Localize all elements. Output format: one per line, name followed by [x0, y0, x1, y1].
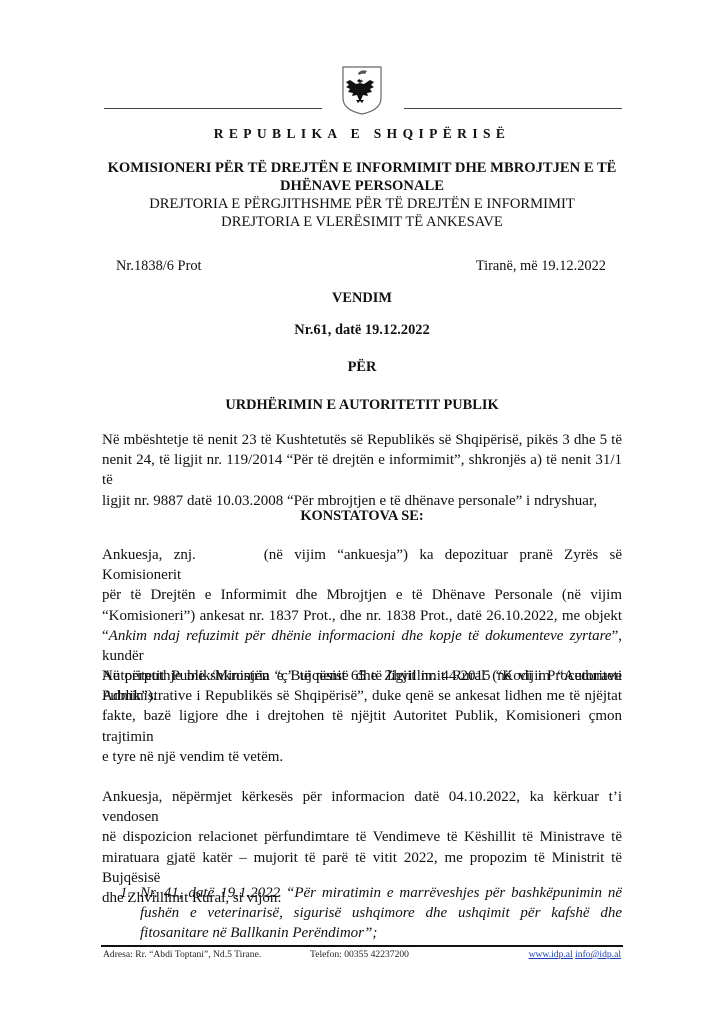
commissioner-heading: KOMISIONERI PËR TË DREJTËN E INFORMIMIT …: [0, 159, 724, 195]
directorate-heading: DREJTORIA E PËRGJITHSHME PËR TË DREJTËN …: [0, 195, 724, 231]
document-page: REPUBLIKA E SHQIPËRISË KOMISIONERI PËR T…: [0, 0, 724, 1024]
complaint-object: Ankim ndaj refuzimit për dhënie informac…: [109, 628, 612, 644]
decision-subject: URDHËRIMIN E AUTORITETIT PUBLIK: [0, 397, 724, 414]
decisions-list: 1. Nr. 41, datë 19.1.2022 “Për miratimin…: [120, 883, 622, 944]
text-line: në dispozicion relacionet përfundimtare …: [102, 827, 622, 847]
footer-address: Adresa: Rr. “Abdi Toptani”, Nd.5 Tirane.: [103, 949, 261, 960]
header-rule-right: [404, 108, 622, 109]
decision-per: PËR: [0, 359, 724, 376]
decision-title: VENDIM: [0, 290, 724, 307]
footer-rule: [101, 945, 623, 947]
text-line: fushën e veterinarisë, sigurisë ushqimor…: [140, 903, 622, 923]
header-emblem-row: [104, 62, 622, 118]
text-line: Administrative i Republikës së Shqipëris…: [102, 686, 622, 706]
list-item: 1. Nr. 41, datë 19.1.2022 “Për miratimin…: [120, 883, 622, 944]
legal-basis-paragraph: Në mbështetje të nenit 23 të Kushtetutës…: [102, 430, 622, 511]
commissioner-line-1: KOMISIONERI PËR TË DREJTËN E INFORMIMIT …: [0, 159, 724, 177]
place-date: Tiranë, më 19.12.2022: [476, 258, 606, 275]
website-link[interactable]: www.idp.al: [529, 949, 573, 960]
directorate-line-1: DREJTORIA E PËRGJITHSHME PËR TË DREJTËN …: [0, 195, 724, 213]
text-line: Në përputhje me shkronjën “ç” të nenit 6…: [102, 666, 622, 686]
commissioner-line-2: DHËNAVE PERSONALE: [0, 177, 724, 195]
footer-phone: Telefon: 00355 42237200: [310, 949, 409, 960]
text-line: e tyre në një vendim të vetëm.: [102, 747, 622, 767]
text-line: Ankuesja, nëpërmjet kërkesës për informa…: [102, 787, 622, 827]
header-rule-left: [104, 108, 322, 109]
konstatova-heading: KONSTATOVA SE:: [0, 508, 724, 525]
albanian-coat-of-arms-icon: [340, 64, 384, 116]
joinder-paragraph: Në përputhje me shkronjën “ç” të nenit 6…: [102, 666, 622, 767]
text-line: për të Drejtën e Informimit dhe Mbrojtje…: [102, 585, 622, 605]
footer-links: www.idp.al info@idp.al: [529, 949, 621, 960]
directorate-line-2: DREJTORIA E VLERËSIMIT TË ANKESAVE: [0, 213, 724, 231]
republic-heading: REPUBLIKA E SHQIPËRISË: [0, 126, 724, 142]
text-line: Nr. 41, datë 19.1.2022 “Për miratimin e …: [140, 883, 622, 903]
text-line: Ankuesja, znj.(në vijim “ankuesja”) ka d…: [102, 545, 622, 585]
text-line: “Ankim ndaj refuzimit për dhënie informa…: [102, 626, 622, 666]
quote-open: “: [102, 628, 109, 644]
text-line: Në mbështetje të nenit 23 të Kushtetutës…: [102, 430, 622, 450]
text-line: “Komisioneri”) ankesat nr. 1837 Prot., d…: [102, 606, 622, 626]
email-link[interactable]: info@idp.al: [575, 949, 621, 960]
list-item-number: 1.: [120, 883, 131, 903]
text-line: fitosanitare në Ballkanin Perëndimor”;: [140, 923, 622, 943]
text-line: fakte, bazë ligjore dhe i drejtohen të n…: [102, 706, 622, 746]
text-line: nenit 24, të ligjit nr. 119/2014 “Për të…: [102, 450, 622, 490]
complaint-start: Ankuesja, znj.: [102, 547, 196, 563]
decision-number: Nr.61, datë 19.12.2022: [0, 322, 724, 339]
text-line: miratuara gjatë katër – mujorit të parë …: [102, 848, 622, 888]
protocol-number: Nr.1838/6 Prot: [116, 258, 202, 275]
